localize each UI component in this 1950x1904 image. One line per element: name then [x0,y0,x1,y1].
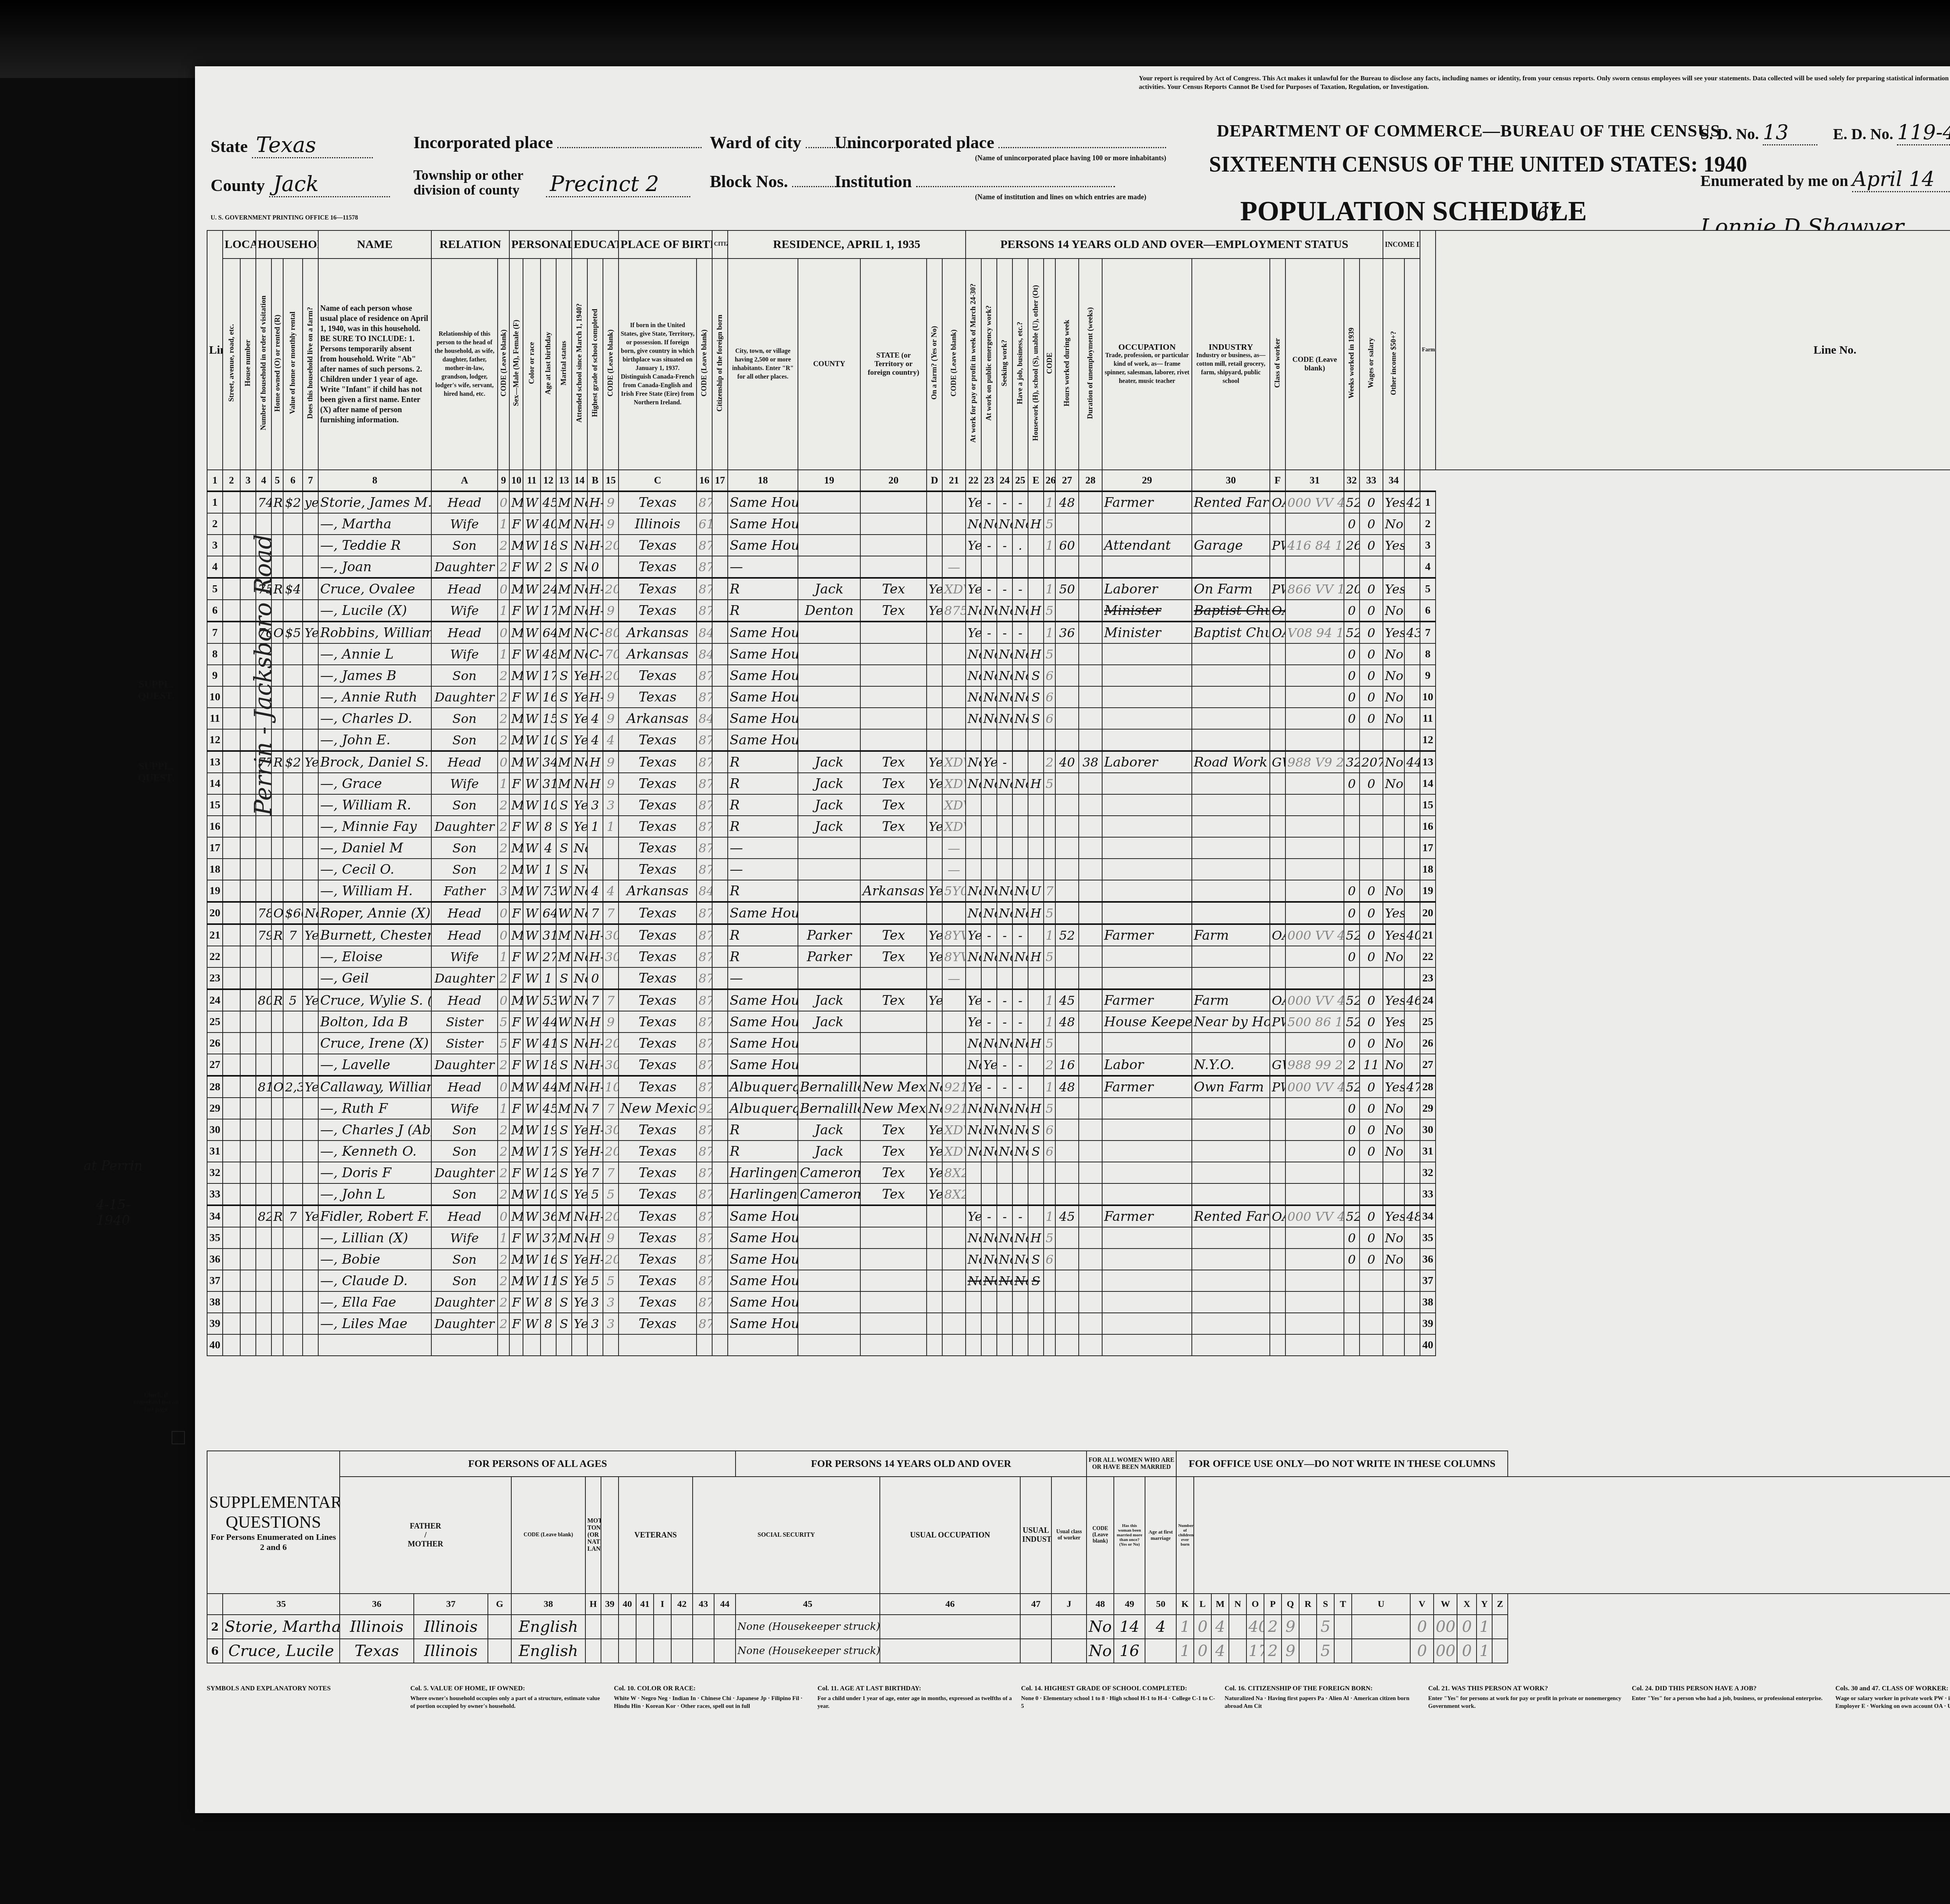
cell-c32: 0 [1360,1227,1383,1249]
cell-farm [303,1249,318,1270]
cell-res-county: Jack [798,751,860,773]
cell-c23: No [997,600,1012,622]
cell-cit [712,1249,728,1270]
cell-cit [712,1270,728,1291]
cell-owned [271,513,283,535]
cell-f [1285,1141,1344,1162]
cell-a: 5 [498,1011,509,1033]
col-owned-rented: Home owned (O) or rented (R) [271,259,283,470]
supp-cell-40 [619,1615,636,1639]
cell-house [240,1183,256,1205]
cell-c34 [1404,1162,1420,1183]
column-number: 48 [1087,1594,1114,1615]
cell-c23: - [997,1011,1012,1033]
cell-street [223,729,240,751]
cell-e: 1 [1044,622,1055,643]
cell-relation: Head [431,1076,498,1098]
cell-farm: Yes [303,1076,318,1098]
col-race: Color or race [523,259,541,470]
institution-field: Institution [835,172,1115,191]
cell-race: W [523,578,541,600]
cell-occupation: Farmer [1102,491,1192,513]
cell-res-state: New Mexico [860,1076,927,1098]
township-label: Township or other division of county [413,168,538,197]
cell-c34 [1404,859,1420,880]
cell-c23: No [997,1141,1012,1162]
column-number: 42 [671,1594,693,1615]
column-number-row: 12345678A91011121314B15C1617181920D21222… [207,470,1950,491]
cell-school [572,1334,587,1356]
cell-c24: No [1012,902,1028,924]
cell-e: 1 [1044,535,1055,556]
cell-birthplace: Texas [619,1076,697,1098]
cell-f: 000 VV 4 [1285,924,1344,946]
cell-c33: No [1383,1249,1404,1270]
supp-cell-s: 5 [1317,1639,1334,1663]
column-number: 45 [736,1594,880,1615]
cell-c21: Yes [966,622,981,643]
cell-c27: 38 [1079,751,1102,773]
cell-hh-no [256,1119,271,1141]
cell-c22 [981,1162,997,1183]
cell-age: 1 [541,859,556,880]
cell-e: 5 [1044,1098,1055,1119]
confidentiality-notice: Your report is required by Act of Congre… [1139,74,1950,91]
cell-industry [1192,880,1270,902]
cell-c34 [1404,1227,1420,1249]
cell-age: 11 [541,1270,556,1291]
col-res-county: COUNTY [798,259,860,470]
cell-class: GW [1270,1054,1285,1076]
cell-occupation [1102,1291,1192,1313]
cell-c21: No [966,1119,981,1141]
cell-value: 7 [283,1205,303,1227]
cell-hh-no: 82 [256,1205,271,1227]
column-number: 31 [1285,470,1344,491]
cell-owned: O [271,1076,283,1098]
cell-occupation [1102,729,1192,751]
cell-race: W [523,535,541,556]
cell-relation: Son [431,729,498,751]
cell-b: 3 [603,1291,619,1313]
cell-c32: 0 [1360,622,1383,643]
cell-farm: Yes [303,622,318,643]
cell-e: 1 [1044,1011,1055,1033]
cell-f: 866 VV 1 [1285,578,1344,600]
cell-race: W [523,1098,541,1119]
cell-e: 2 [1044,1054,1055,1076]
cell-c22: No [981,1141,997,1162]
cell-age: 45 [541,1098,556,1119]
supp-children: Number of children ever born [1176,1477,1194,1594]
cell-house [240,1227,256,1249]
cell-age: 16 [541,686,556,708]
supp-cell-42 [671,1639,693,1663]
supp-cell-line: 2 [207,1615,223,1639]
cell-marital: M [556,622,572,643]
table-row: 22—, EloiseWife1FW27MNoH-430Texas87RPark… [207,946,1950,967]
cell-c21: No [966,708,981,729]
footnote-text: Enter "Yes" for persons at work for pay … [1428,1695,1624,1710]
cell-e: 1 [1044,491,1055,513]
cell-birthplace: Texas [619,1270,697,1291]
cell-d: 8752 [942,600,966,622]
line-number: 7 [207,622,223,643]
cell-res-city: Same House [728,535,798,556]
cell-sex: M [509,578,523,600]
cell-c23: No [997,708,1012,729]
cell-c33 [1383,1183,1404,1205]
cell-res-county [798,1291,860,1313]
col-33: Other income $50+? [1383,259,1404,470]
cell-d [942,1054,966,1076]
cell-c32: 0 [1360,1141,1383,1162]
cell-class [1270,794,1285,816]
cell-street [223,773,240,794]
line-number: 14 [1420,773,1436,794]
cell-name: —, John L [318,1183,431,1205]
cell-c27 [1079,1119,1102,1141]
col-age: Age at last birthday [541,259,556,470]
cell-c22: - [981,1076,997,1098]
line-number: 9 [1420,665,1436,686]
cell-cit [712,967,728,989]
line-number: 33 [1420,1183,1436,1205]
cell-hh-no [256,1162,271,1183]
cell-industry [1192,946,1270,967]
cell-c31: 0 [1344,902,1360,924]
cell-grade: 7 [587,989,603,1011]
column-number: A [431,470,498,491]
supp-cell-tongue: English [511,1639,585,1663]
cell-school: Yes [572,1270,587,1291]
cell-school: No [572,643,587,665]
cell-res-county [798,1249,860,1270]
cell-c24: - [1012,1054,1028,1076]
cell-marital: M [556,1076,572,1098]
cell-farm: yes [303,491,318,513]
cell-c23: No [997,946,1012,967]
cell-c27 [1079,773,1102,794]
cell-marital: S [556,1183,572,1205]
cell-c32: 11 [1360,1054,1383,1076]
cell-c21 [966,1313,981,1334]
cell-house [240,1119,256,1141]
cell-occupation [1102,1162,1192,1183]
column-number: I [654,1594,671,1615]
county-field: County Jack [211,172,390,197]
cell-value [283,1291,303,1313]
township-field: Precinct 2 [546,172,690,197]
cell-sex: M [509,1141,523,1162]
sd-label: S. D. No. [1700,125,1759,143]
cell-value [283,1162,303,1183]
column-number: E [1028,470,1044,491]
institution-label: Institution [835,172,912,191]
column-number: 21 [942,470,966,491]
line-number: 11 [207,708,223,729]
cell-f: 988 99 2 [1285,1054,1344,1076]
cell-c32 [1360,1162,1383,1183]
cell-c33: Yes [1383,578,1404,600]
cell-res-county [798,513,860,535]
cell-c: 87 [697,1205,712,1227]
supp-tongue: MOTHER TONGUE (OR NATIVE LANGUAGE) [585,1477,601,1594]
cell-c: 87 [697,729,712,751]
cell-c33 [1383,816,1404,837]
cell-value [283,600,303,622]
cell-c26 [1055,1033,1079,1054]
cell-c34: 43 [1404,622,1420,643]
cell-f [1285,1249,1344,1270]
cell-cit [712,729,728,751]
cell-birthplace: Texas [619,1141,697,1162]
cell-d [942,491,966,513]
cell-res-farm: Yes [927,924,942,946]
cell-e: 5 [1044,643,1055,665]
cell-grade: H-3 [587,665,603,686]
cell-res-farm: No [927,1076,942,1098]
cell-name: Callaway, William O (X) [318,1076,431,1098]
cell-value [283,1334,303,1356]
cell-grade: 3 [587,794,603,816]
cell-c27 [1079,578,1102,600]
cell-d: 8X25 [942,1162,966,1183]
cell-industry [1192,1162,1270,1183]
cell-res-city: Same House [728,1033,798,1054]
cell-school: No [572,1227,587,1249]
cell-c25 [1028,535,1044,556]
cell-c26 [1055,1162,1079,1183]
cell-c33 [1383,967,1404,989]
cell-farm [303,1334,318,1356]
cell-c34: 42 [1404,491,1420,513]
cell-c23: - [997,1054,1012,1076]
cell-c31: 32 [1344,751,1360,773]
cell-hh-no [256,1249,271,1270]
cell-value [283,1227,303,1249]
cell-farm [303,1054,318,1076]
column-number: 20 [860,470,927,491]
cell-street [223,816,240,837]
cell-res-county: Denton [798,600,860,622]
cell-res-farm: Yes [927,773,942,794]
cell-school: Yes [572,1141,587,1162]
cell-birthplace: Texas [619,1227,697,1249]
cell-farm [303,513,318,535]
cell-name: —, Geil [318,967,431,989]
column-number: 50 [1145,1594,1176,1615]
footnote-block: Col. 5. VALUE OF HOME, IF OWNED:Where ow… [410,1684,606,1794]
cell-name [318,1334,431,1356]
cell-res-city: — [728,837,798,859]
table-row: 26Cruce, Irene (X)Sister5FW41SNoH-320Tex… [207,1033,1950,1054]
column-number: 27 [1055,470,1079,491]
cell-race: W [523,1141,541,1162]
cell-b: 5 [603,1270,619,1291]
cell-c: 87 [697,1141,712,1162]
cell-farm [303,967,318,989]
cell-marital: S [556,1162,572,1183]
cell-b: 20 [603,535,619,556]
cell-house [240,837,256,859]
cell-birthplace: Texas [619,837,697,859]
supp-cell-z [1492,1639,1508,1663]
column-number: 28 [1079,470,1102,491]
cell-d [942,1313,966,1334]
cell-relation: Head [431,1205,498,1227]
cell-c: 87 [697,902,712,924]
supp-office-cols [1194,1477,1950,1594]
cell-a: 0 [498,989,509,1011]
cell-res-state: Tex [860,946,927,967]
line-number: 5 [1420,578,1436,600]
supp-cell-r [1299,1615,1317,1639]
cell-relation: Son [431,665,498,686]
cell-industry [1192,1334,1270,1356]
cell-res-state: Tex [860,989,927,1011]
cell-race: W [523,1054,541,1076]
line-number: 32 [1420,1162,1436,1183]
cell-marital: M [556,1205,572,1227]
cell-c24: - [1012,924,1028,946]
cell-c24 [1012,859,1028,880]
column-number: 41 [636,1594,654,1615]
cell-c23: No [997,902,1012,924]
cell-res-county [798,1313,860,1334]
cell-e: 6 [1044,686,1055,708]
cell-cit [712,600,728,622]
cell-industry: Farm [1192,989,1270,1011]
cell-d [942,1011,966,1033]
cell-res-state: Tex [860,578,927,600]
cell-birthplace: Texas [619,1162,697,1183]
cell-industry [1192,1141,1270,1162]
cell-res-state: Tex [860,1183,927,1205]
cell-farm [303,1119,318,1141]
cell-c32 [1360,967,1383,989]
cell-farm: Yes [303,924,318,946]
cell-res-county [798,665,860,686]
cell-marital: S [556,708,572,729]
cell-c25 [1028,622,1044,643]
cell-class [1270,837,1285,859]
cell-d [942,902,966,924]
cell-c26 [1055,513,1079,535]
cell-res-county: Cameron [798,1183,860,1205]
cell-c34 [1404,686,1420,708]
cell-owned [271,1119,283,1141]
cell-birthplace: Texas [619,665,697,686]
cell-farm [303,1033,318,1054]
cell-c33 [1383,1291,1404,1313]
cell-c23 [997,1334,1012,1356]
cell-relation: Wife [431,643,498,665]
cell-value [283,1033,303,1054]
cell-c24 [1012,967,1028,989]
cell-sex: F [509,686,523,708]
cell-occupation [1102,880,1192,902]
cell-d [942,1334,966,1356]
table-row: 33—, John LSon2MW10SYes55Texas87Harlinge… [207,1183,1950,1205]
cell-c21 [966,1334,981,1356]
column-number: U [1352,1594,1410,1615]
cell-f [1285,1334,1344,1356]
cell-f: 000 VV 4 [1285,491,1344,513]
cell-c24: - [1012,989,1028,1011]
last-page-checkbox[interactable] [172,1431,185,1444]
cell-marital: M [556,643,572,665]
cell-c22 [981,967,997,989]
column-number: 4 [256,470,271,491]
cell-res-county [798,708,860,729]
supp-cell-father: Texas [340,1639,414,1663]
cell-f [1285,1033,1344,1054]
cell-street [223,946,240,967]
cell-cit [712,902,728,924]
supp-cell-y: 1 [1477,1615,1492,1639]
cell-c: 87 [697,1119,712,1141]
cell-relation: Daughter [431,967,498,989]
cell-f [1285,729,1344,751]
cell-c25 [1028,1291,1044,1313]
cell-res-farm: Yes [927,816,942,837]
incorporated-place-field: Incorporated place [413,133,702,152]
cell-grade: 7 [587,1162,603,1183]
cell-sex: F [509,1033,523,1054]
cell-age: 8 [541,1313,556,1334]
cell-grade: 4 [587,880,603,902]
cell-relation: Daughter [431,1054,498,1076]
cell-c22: No [981,1227,997,1249]
column-number: 49 [1114,1594,1145,1615]
cell-sex: M [509,1183,523,1205]
cell-age: 31 [541,924,556,946]
cell-a: 2 [498,1141,509,1162]
cell-hh-no [256,1270,271,1291]
line-number: 8 [1420,643,1436,665]
county-value: Jack [269,172,390,197]
cell-a: 2 [498,816,509,837]
cell-industry [1192,816,1270,837]
cell-c23 [997,837,1012,859]
cell-occupation: Farmer [1102,1205,1192,1227]
table-row: 1377R$2YesBrock, Daniel S. (X)Head0MW34M… [207,751,1950,773]
table-row: 12—, John E.Son2MW10SYes44Texas87Same Ho… [207,729,1950,751]
cell-value: 7 [283,924,303,946]
cell-res-county: Parker [798,924,860,946]
cell-c24: No [1012,600,1028,622]
cell-b [603,859,619,880]
cell-res-city: Harlingen [728,1183,798,1205]
cell-c34 [1404,729,1420,751]
table-row: 23—, GeilDaughter2FW1SNo0Texas87——23 [207,967,1950,989]
cell-f [1285,1313,1344,1334]
cell-f [1285,967,1344,989]
cell-e: 6 [1044,708,1055,729]
cell-d: — [942,859,966,880]
cell-industry: Rented Farm [1192,491,1270,513]
cell-school: No [572,622,587,643]
cell-occupation [1102,967,1192,989]
cell-c33: Yes [1383,902,1404,924]
cell-race: W [523,1205,541,1227]
cell-industry [1192,773,1270,794]
cell-c26: 40 [1055,751,1079,773]
cell-c34 [1404,1098,1420,1119]
cell-class [1270,1313,1285,1334]
cell-name: —, Annie L [318,643,431,665]
